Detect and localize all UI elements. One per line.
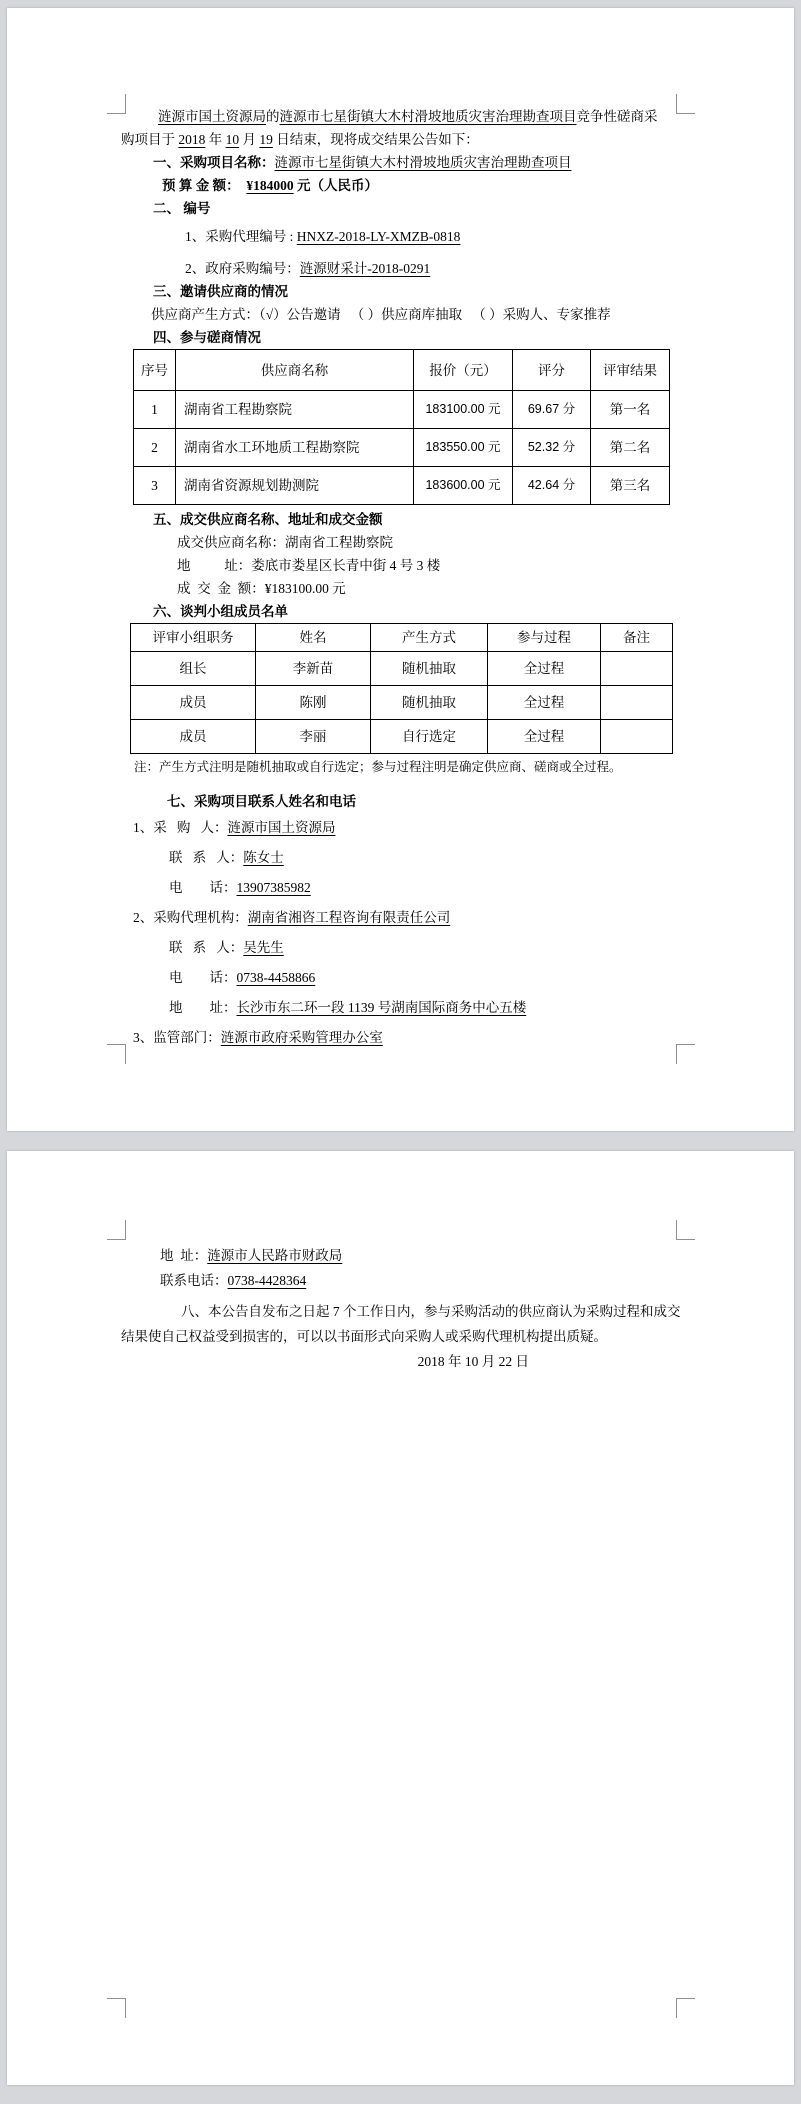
cell-score: 52.32 分: [513, 429, 591, 467]
contact-value: 涟源市政府采购管理办公室: [221, 1030, 383, 1045]
project-name-value: 涟源市七星街镇大木村滑坡地质灾害治理勘查项目: [275, 155, 572, 170]
intro-text: 购项目于: [121, 132, 178, 147]
budget-amount: ¥184000: [246, 178, 293, 193]
cell-method: 随机抽取: [371, 686, 488, 720]
cell-remark: [601, 652, 673, 686]
page-1-content: 涟源市国土资源局的涟源市七星街镇大木村滑坡地质灾害治理勘查项目竞争性磋商采 购项…: [121, 105, 687, 1053]
contact-item: 联 系 人：吴先生: [121, 933, 687, 963]
section-8-line-2: 结果使自己权益受到损害的，可以以书面形式向采购人或采购代理机构提出质疑。: [121, 1324, 687, 1349]
contact-value: 湖南省湘咨工程咨询有限责任公司: [248, 910, 451, 925]
winner-addr-label: 地 址：: [177, 558, 251, 573]
cell-role: 组长: [131, 652, 256, 686]
cell-result: 第一名: [591, 391, 670, 429]
winner-addr-line: 地 址：娄底市娄星区长青中街 4 号 3 楼: [121, 554, 687, 577]
purchaser-name: 涟源市国土资源局: [158, 109, 266, 124]
gov-code-label: 2、政府采购编号：: [185, 261, 300, 276]
page-1: 涟源市国土资源局的涟源市七星街镇大木村滑坡地质灾害治理勘查项目竞争性磋商采 购项…: [7, 8, 794, 1131]
cell-name: 李丽: [256, 720, 371, 754]
cell-role: 成员: [131, 686, 256, 720]
intro-text: 的: [266, 109, 280, 124]
column-header-role: 评审小组职务: [131, 624, 256, 652]
contact-label: 1、采 购 人：: [133, 820, 228, 835]
contact-item: 电 话：13907385982: [121, 873, 687, 903]
end-day: 19: [259, 132, 273, 147]
column-header-score: 评分: [513, 350, 591, 391]
contact-label: 3、监管部门：: [133, 1030, 221, 1045]
table-row: 成员 李丽 自行选定 全过程: [131, 720, 673, 754]
contact-value: 13907385982: [237, 880, 311, 895]
contact-value: 吴先生: [243, 940, 284, 955]
intro-line-2: 购项目于 2018 年 10 月 19 日结束，现将成交结果公告如下：: [121, 128, 687, 151]
end-year: 2018: [178, 132, 205, 147]
column-header-name: 姓名: [256, 624, 371, 652]
date-line: 2018 年 10 月 22 日: [121, 1349, 687, 1374]
section-1-title: 一、采购项目名称：: [153, 155, 275, 170]
gov-code-line: 2、政府采购编号：涟源财采计-2018-0291: [121, 257, 687, 280]
winner-name-label: 成交供应商名称：: [177, 535, 285, 550]
deal-amount-line: 成 交 金 额：¥183100.00 元: [121, 577, 687, 600]
intro-text: 月: [239, 132, 259, 147]
column-header-remark: 备注: [601, 624, 673, 652]
section-8-line-1: 八、本公告自发布之日起 7 个工作日内，参与采购活动的供应商认为采购过程和成交: [121, 1299, 687, 1324]
table-row: 2 湖南省水工环地质工程勘察院 183550.00 元 52.32 分 第二名: [134, 429, 670, 467]
cell-score: 69.67 分: [513, 391, 591, 429]
intro-text: 年: [205, 132, 225, 147]
page-2: 地 址：涟源市人民路市财政局 联系电话：0738-4428364 八、本公告自发…: [7, 1151, 794, 2085]
contact-item: 2、采购代理机构：湖南省湘咨工程咨询有限责任公司: [121, 903, 687, 933]
contact-label: 电 话：: [169, 970, 237, 985]
intro-text: 竞争性磋商采: [577, 109, 658, 124]
project-name: 涟源市七星街镇大木村滑坡地质灾害治理勘查项目: [280, 109, 577, 124]
column-header-method: 产生方式: [371, 624, 488, 652]
contact-value: 长沙市东二环一段 1139 号湖南国际商务中心五楼: [237, 1000, 527, 1015]
contact-item: 3、监管部门：涟源市政府采购管理办公室: [121, 1023, 687, 1053]
suppliers-table: 序号 供应商名称 报价（元） 评分 评审结果 1 湖南省工程勘察院 183100…: [133, 349, 670, 505]
cell-supplier: 湖南省水工环地质工程勘察院: [176, 429, 414, 467]
section-3-title: 三、邀请供应商的情况: [121, 280, 687, 303]
cell-price: 183100.00 元: [414, 391, 513, 429]
cell-remark: [601, 686, 673, 720]
supplier-source-line: 供应商产生方式：（√）公告邀请 （ ）供应商库抽取 （ ）采购人、专家推荐: [121, 303, 687, 326]
budget-label: 预 算 金 额：: [162, 178, 246, 193]
column-header-process: 参与过程: [488, 624, 601, 652]
winner-addr-value: 娄底市娄星区长青中街 4 号 3 楼: [251, 558, 440, 573]
cell-index: 1: [134, 391, 176, 429]
agency-code-line: 1、采购代理编号 : HNXZ-2018-LY-XMZB-0818: [121, 225, 687, 248]
budget-suffix: 元（人民币）: [294, 178, 378, 193]
regulator-addr-label: 地 址：: [160, 1248, 207, 1263]
team-table-header-row: 评审小组职务 姓名 产生方式 参与过程 备注: [131, 624, 673, 652]
page-2-content: 地 址：涟源市人民路市财政局 联系电话：0738-4428364 八、本公告自发…: [121, 1243, 687, 1374]
end-month: 10: [226, 132, 240, 147]
crop-mark-top-left: [107, 1220, 126, 1240]
contact-value: 0738-4458866: [237, 970, 316, 985]
column-header-supplier: 供应商名称: [176, 350, 414, 391]
contact-label: 2、采购代理机构：: [133, 910, 248, 925]
table-note: 注：产生方式注明是随机抽取或自行选定；参与过程注明是确定供应商、磋商或全过程。: [134, 758, 687, 776]
section-6-title: 六、谈判小组成员名单: [121, 600, 687, 623]
contact-value: 陈女士: [243, 850, 284, 865]
regulator-addr-line: 地 址：涟源市人民路市财政局: [121, 1243, 687, 1268]
table-row: 1 湖南省工程勘察院 183100.00 元 69.67 分 第一名: [134, 391, 670, 429]
cell-remark: [601, 720, 673, 754]
winner-name-value: 湖南省工程勘察院: [285, 535, 393, 550]
cell-name: 李新苗: [256, 652, 371, 686]
deal-amount-value: ¥183100.00 元: [265, 581, 346, 596]
budget-line: 预 算 金 额： ¥184000 元（人民币）: [121, 174, 687, 197]
regulator-tel-label: 联系电话：: [160, 1273, 228, 1288]
section-5-title: 五、成交供应商名称、地址和成交金额: [121, 508, 687, 531]
negotiation-team-table: 评审小组职务 姓名 产生方式 参与过程 备注 组长 李新苗 随机抽取 全过程 成…: [130, 623, 673, 754]
contact-item: 电 话：0738-4458866: [121, 963, 687, 993]
crop-mark-top-right: [676, 1220, 695, 1240]
agency-code-label: 1、采购代理编号 :: [185, 229, 297, 244]
contact-label: 联 系 人：: [169, 850, 243, 865]
table-row: 成员 陈刚 随机抽取 全过程: [131, 686, 673, 720]
regulator-tel-line: 联系电话：0738-4428364: [121, 1268, 687, 1293]
crop-mark-bottom-left: [107, 1998, 126, 2018]
cell-price: 183550.00 元: [414, 429, 513, 467]
cell-supplier: 湖南省资源规划勘测院: [176, 467, 414, 505]
contact-label: 联 系 人：: [169, 940, 243, 955]
cell-result: 第二名: [591, 429, 670, 467]
cell-name: 陈刚: [256, 686, 371, 720]
contact-item: 地 址：长沙市东二环一段 1139 号湖南国际商务中心五楼: [121, 993, 687, 1023]
document-viewer: 涟源市国土资源局的涟源市七星街镇大木村滑坡地质灾害治理勘查项目竞争性磋商采 购项…: [0, 0, 801, 2104]
agency-code-value: HNXZ-2018-LY-XMZB-0818: [297, 229, 461, 244]
contact-label: 地 址：: [169, 1000, 237, 1015]
cell-index: 2: [134, 429, 176, 467]
intro-line-1: 涟源市国土资源局的涟源市七星街镇大木村滑坡地质灾害治理勘查项目竞争性磋商采: [121, 105, 687, 128]
deal-amount-label: 成 交 金 额：: [177, 581, 265, 596]
regulator-tel-value: 0738-4428364: [228, 1273, 307, 1288]
contact-item: 1、采 购 人：涟源市国土资源局: [121, 813, 687, 843]
contact-item: 联 系 人：陈女士: [121, 843, 687, 873]
crop-mark-bottom-right: [676, 1998, 695, 2018]
gov-code-value: 涟源财采计-2018-0291: [300, 261, 431, 276]
table-row: 3 湖南省资源规划勘测院 183600.00 元 42.64 分 第三名: [134, 467, 670, 505]
cell-process: 全过程: [488, 720, 601, 754]
cell-score: 42.64 分: [513, 467, 591, 505]
cell-method: 随机抽取: [371, 652, 488, 686]
column-header-price: 报价（元）: [414, 350, 513, 391]
winner-name-line: 成交供应商名称：湖南省工程勘察院: [121, 531, 687, 554]
contact-label: 电 话：: [169, 880, 237, 895]
contact-value: 涟源市国土资源局: [228, 820, 336, 835]
cell-index: 3: [134, 467, 176, 505]
section-4-title: 四、参与磋商情况: [121, 326, 687, 349]
table-row: 组长 李新苗 随机抽取 全过程: [131, 652, 673, 686]
cell-result: 第三名: [591, 467, 670, 505]
cell-process: 全过程: [488, 652, 601, 686]
column-header-result: 评审结果: [591, 350, 670, 391]
column-header-index: 序号: [134, 350, 176, 391]
cell-supplier: 湖南省工程勘察院: [176, 391, 414, 429]
cell-price: 183600.00 元: [414, 467, 513, 505]
section-2-title: 二、 编号: [121, 197, 687, 220]
cell-process: 全过程: [488, 686, 601, 720]
section-1-line: 一、采购项目名称：涟源市七星街镇大木村滑坡地质灾害治理勘查项目: [121, 151, 687, 174]
intro-text: 日结束，现将成交结果公告如下：: [273, 132, 479, 147]
cell-role: 成员: [131, 720, 256, 754]
regulator-addr-value: 涟源市人民路市财政局: [207, 1248, 342, 1263]
suppliers-table-header-row: 序号 供应商名称 报价（元） 评分 评审结果: [134, 350, 670, 391]
section-7-title: 七、采购项目联系人姓名和电话: [121, 790, 687, 813]
cell-method: 自行选定: [371, 720, 488, 754]
